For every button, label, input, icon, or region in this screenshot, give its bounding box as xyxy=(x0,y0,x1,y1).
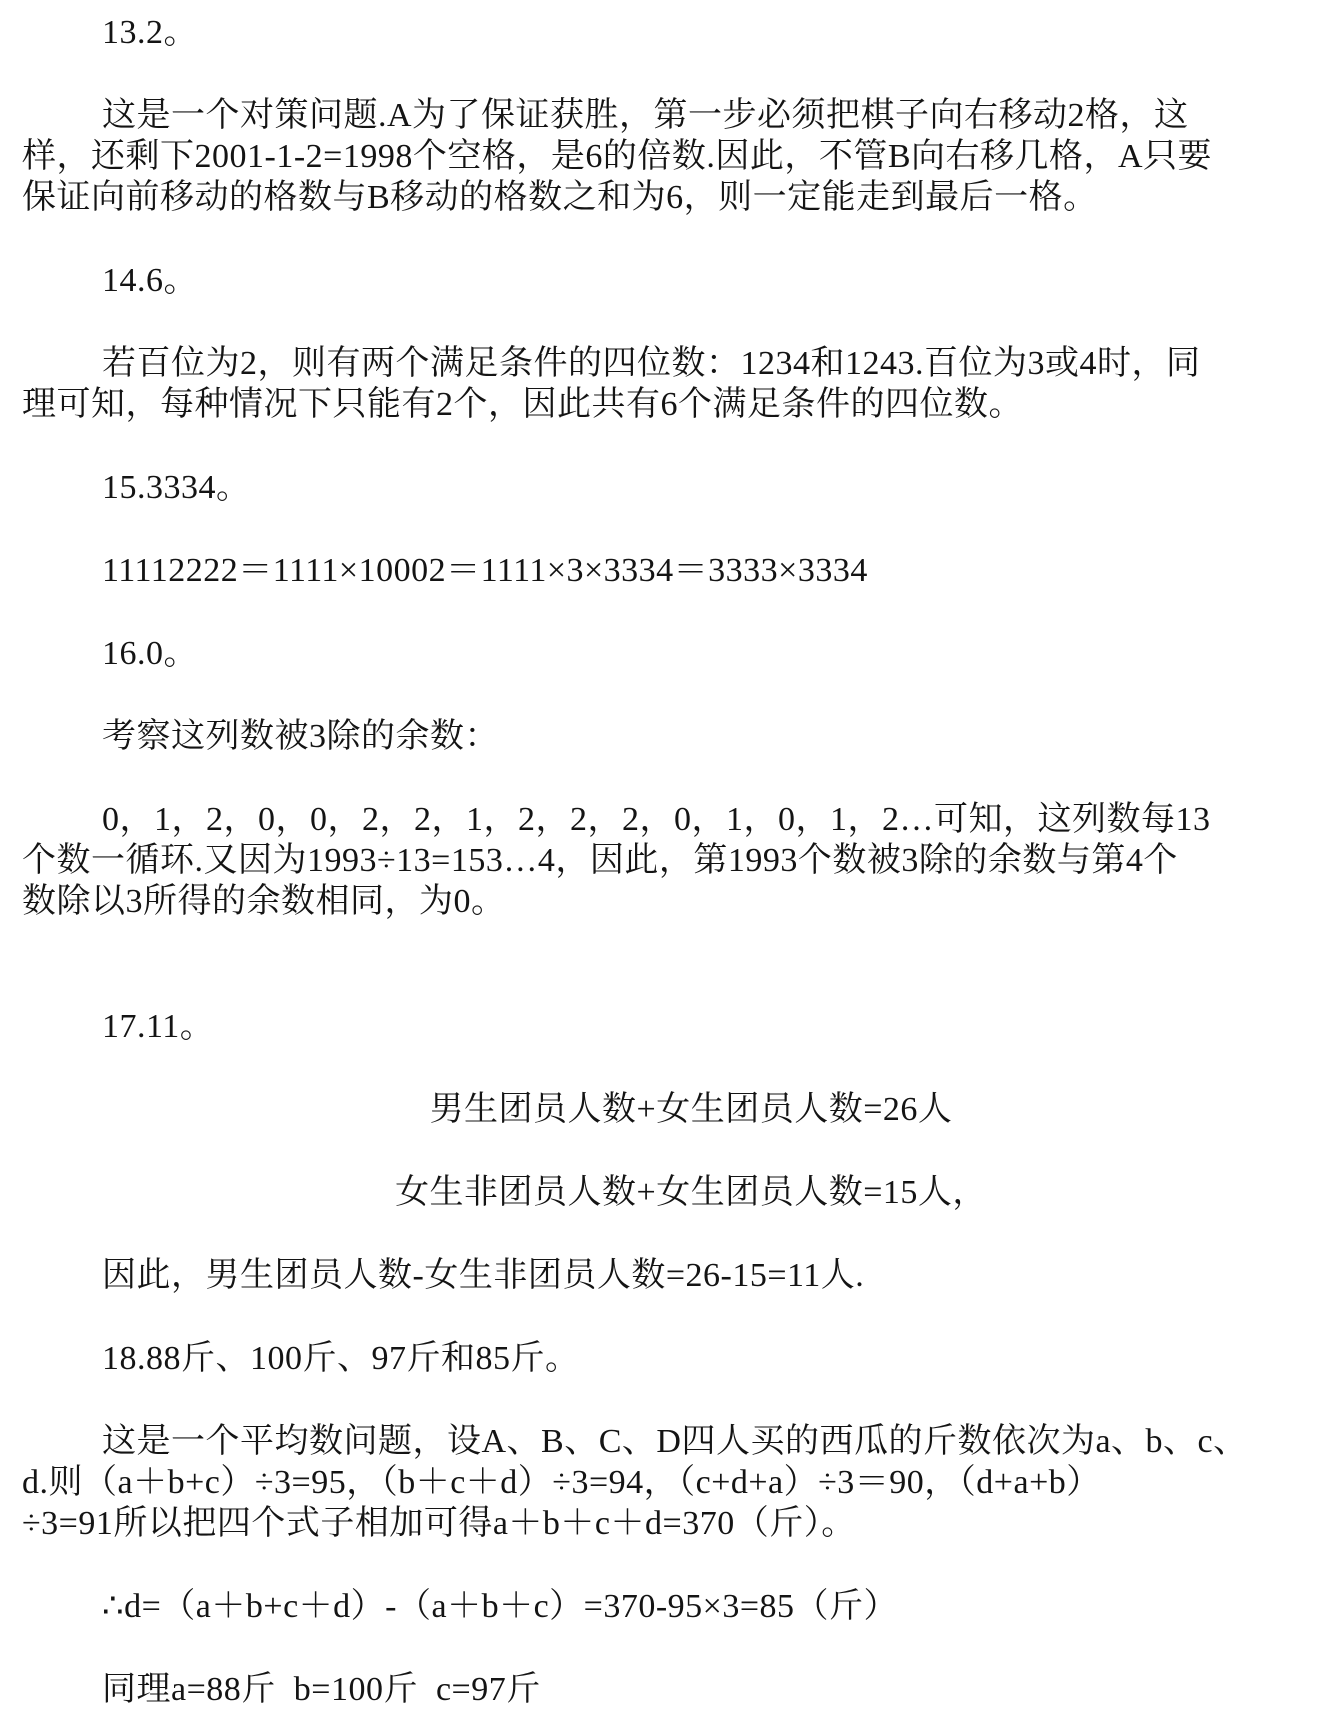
conclusion-17: 因此，男生团员人数-女生非团员人数=26-15=11人. xyxy=(22,1255,1300,1296)
explanation-13: 这是一个对策问题.A为了保证获胜，第一步必须把棋子向右移动2格，这 样，还剩下2… xyxy=(22,95,1300,218)
answer-18: 18.88斤、100斤、97斤和85斤。 xyxy=(22,1338,1300,1379)
answer-17: 17.11。 xyxy=(22,1006,1300,1047)
equation-17-boys: 男生团员人数+女生团员人数=26人 xyxy=(22,1089,1300,1130)
formula-18-abc: 同理a=88斤 b=100斤 c=97斤 xyxy=(22,1669,1300,1710)
answer-14: 14.6。 xyxy=(22,260,1300,301)
formula-15: 11112222＝1111×10002＝1111×3×3334＝3333×333… xyxy=(22,550,1300,591)
document-page: 13.2。 这是一个对策问题.A为了保证获胜，第一步必须把棋子向右移动2格，这 … xyxy=(0,0,1324,1724)
answer-16: 16.0。 xyxy=(22,633,1300,674)
answer-13: 13.2。 xyxy=(22,12,1300,53)
equation-17-girls: 女生非团员人数+女生团员人数=15人， xyxy=(22,1172,1300,1213)
answer-15: 15.3334。 xyxy=(22,467,1300,508)
formula-18-d: ∴d=（a＋b+c＋d）-（a＋b＋c）=370-95×3=85（斤） xyxy=(22,1586,1300,1627)
explanation-16: 0，1，2，0，0，2，2，1，2，2，2，0，1，0，1，2…可知，这列数每1… xyxy=(22,799,1300,922)
explanation-14: 若百位为2，则有两个满足条件的四位数：1234和1243.百位为3或4时，同 理… xyxy=(22,343,1300,425)
explanation-18: 这是一个平均数问题，设A、B、C、D四人买的西瓜的斤数依次为a、b、c、 d.则… xyxy=(22,1421,1300,1544)
intro-16: 考察这列数被3除的余数： xyxy=(22,716,1300,757)
